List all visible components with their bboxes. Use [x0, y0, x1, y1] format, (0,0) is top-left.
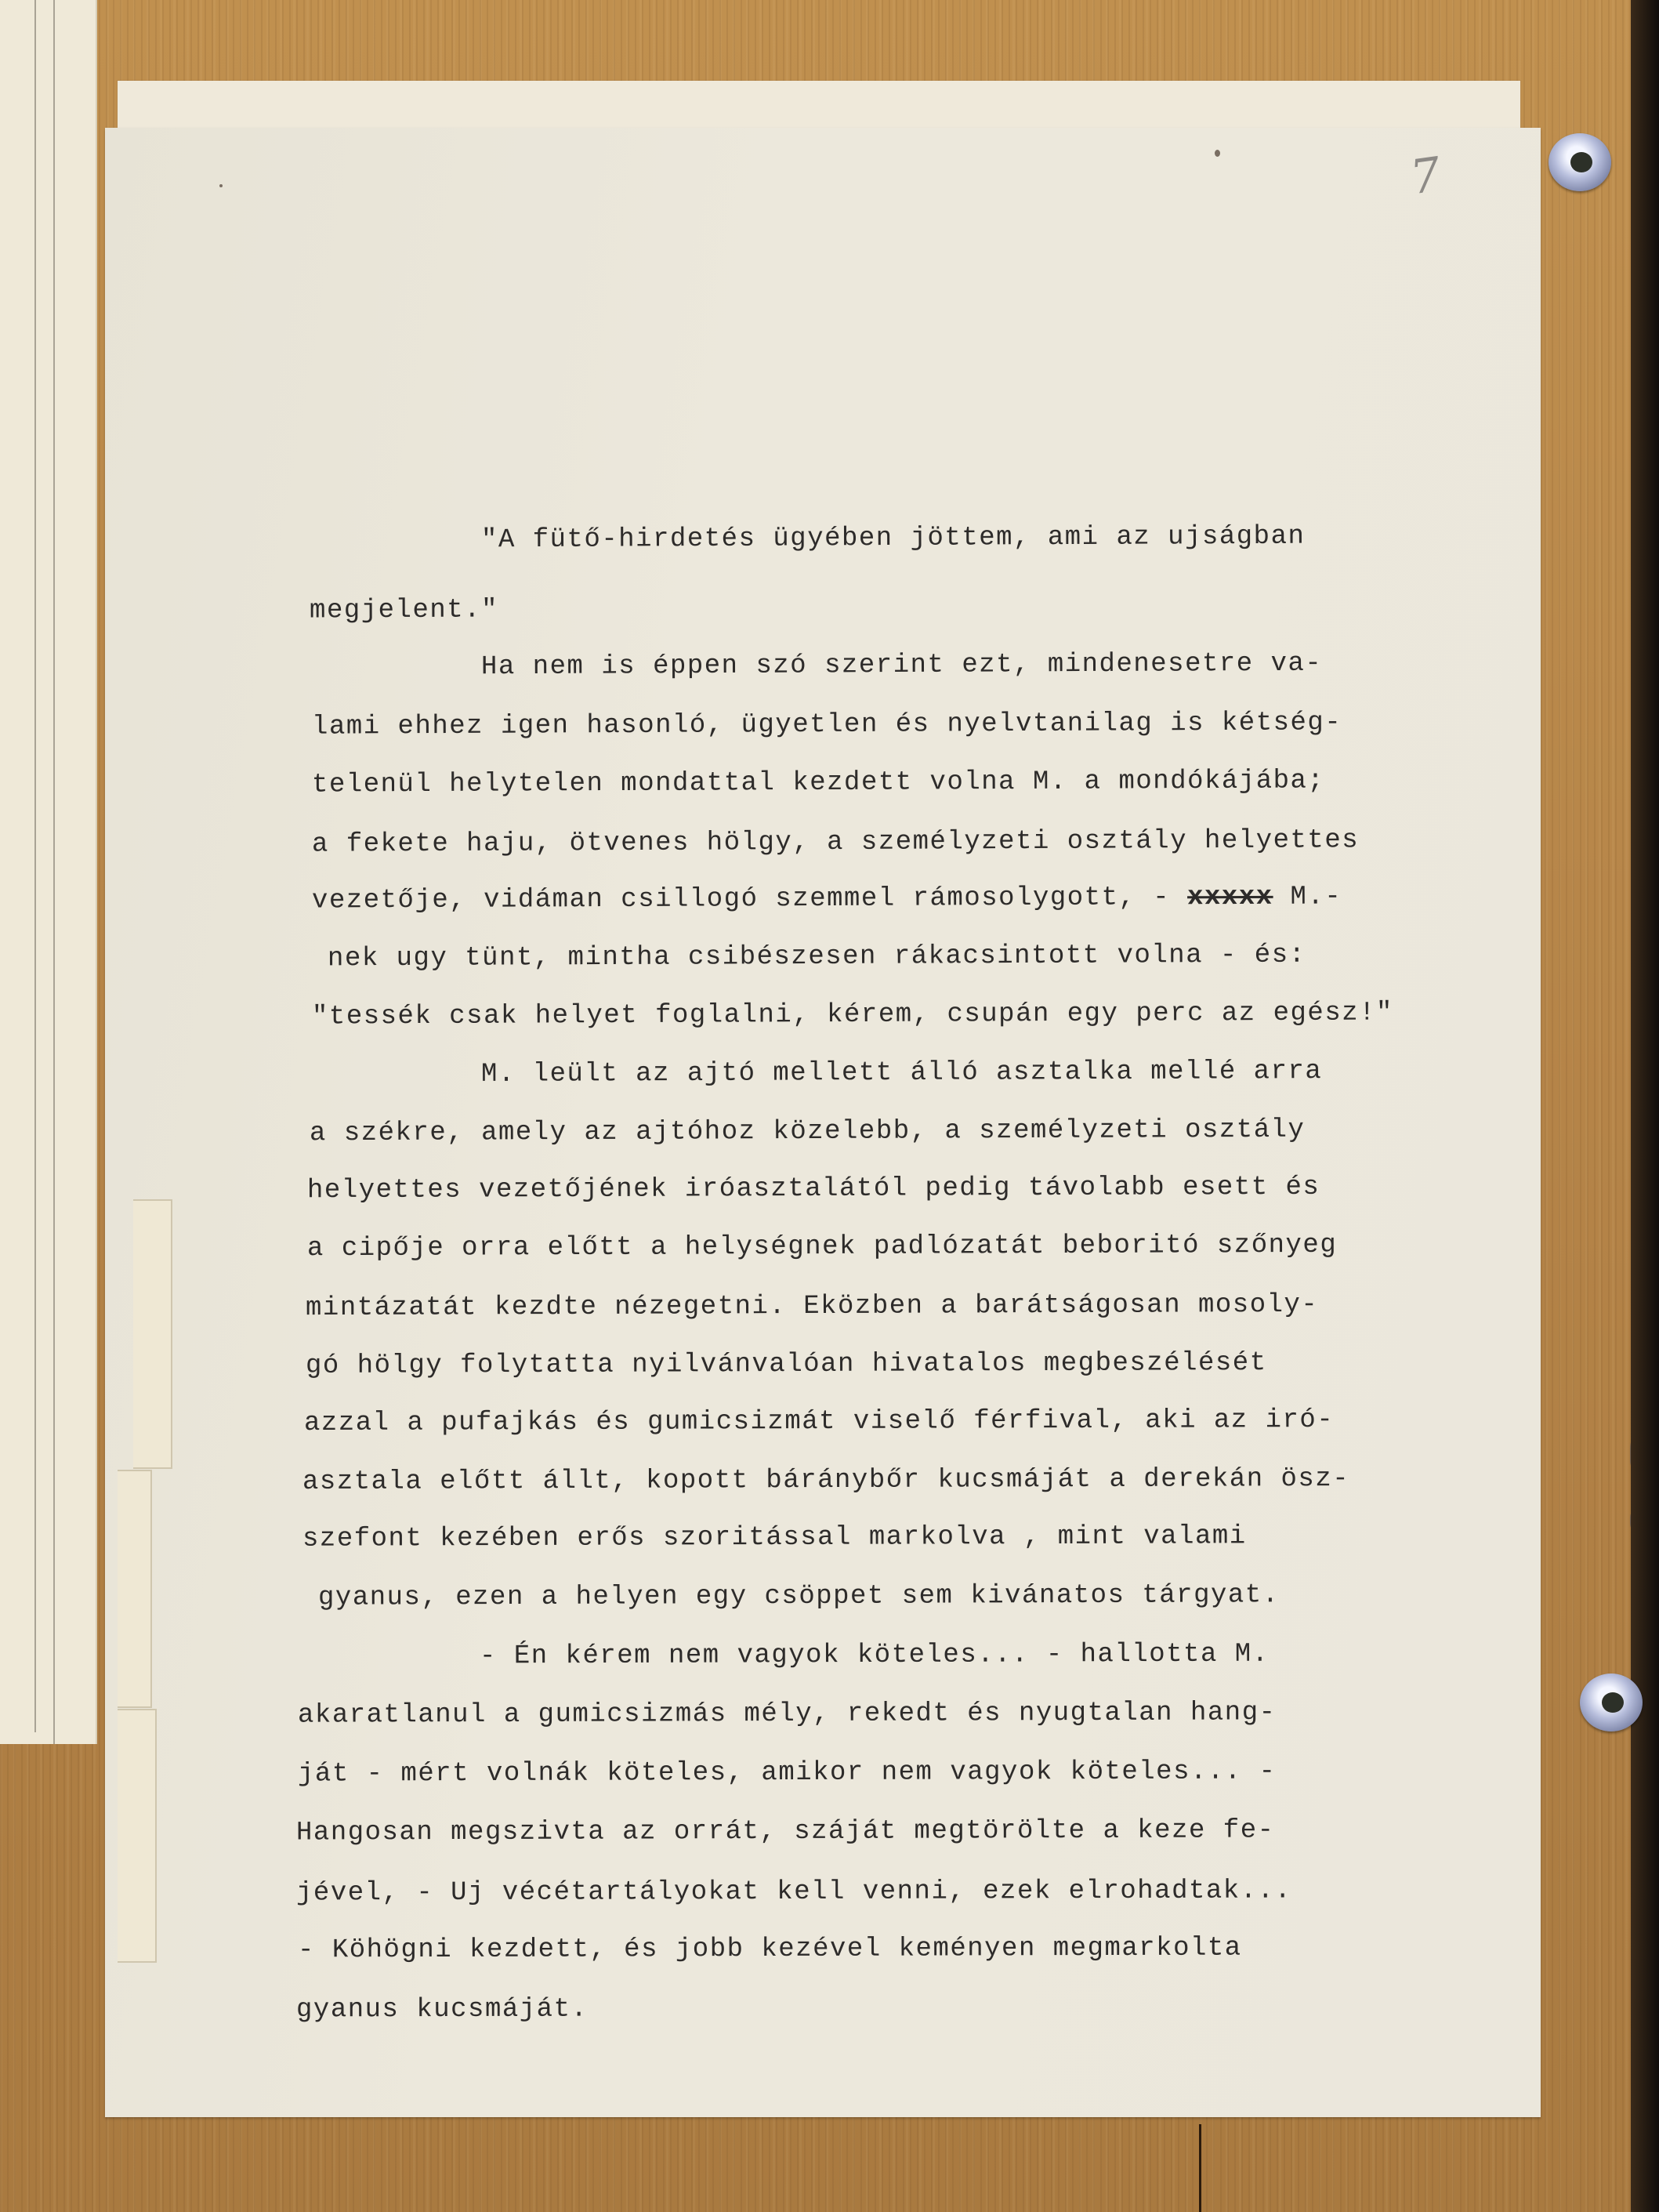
typed-line: gyanus kucsmáját.: [296, 1995, 588, 2025]
paper-speck: [219, 184, 223, 187]
typed-line: "A fütő-hirdetés ügyében jöttem, ami az …: [481, 522, 1306, 556]
margin-tab: [118, 1709, 157, 1963]
dark-background-edge: [1631, 0, 1659, 2212]
typed-line: "tessék csak helyet foglalni, kérem, csu…: [312, 998, 1393, 1032]
typed-line: a székre, amely az ajtóhoz közelebb, a s…: [310, 1115, 1306, 1148]
typed-line: M. leült az ajtó mellett álló asztalka m…: [481, 1057, 1322, 1090]
typed-line: - Én kérem nem vagyok köteles... - hallo…: [480, 1640, 1270, 1672]
board-grommet-top: [1549, 133, 1611, 191]
typed-line: gyanus, ezen a helyen egy csöppet sem ki…: [318, 1580, 1280, 1612]
struck-out-text: xxxxx: [1187, 883, 1273, 912]
board-grommet-bottom: [1580, 1674, 1643, 1732]
typed-line: a fekete haju, ötvenes hölgy, a személyz…: [312, 825, 1359, 859]
typed-line: helyettes vezetőjének iróasztalától pedi…: [307, 1173, 1320, 1206]
sheet-edge: [34, 0, 36, 1732]
typed-line: gó hölgy folytatta nyilvánvalóan hivatal…: [306, 1348, 1267, 1381]
typed-line: jével, - Uj vécétartályokat kell venni, …: [296, 1877, 1291, 1909]
typed-line: lami ehhez igen hasonló, ügyetlen és nye…: [312, 708, 1342, 742]
line-text: vezetője, vidáman csillogó szemmel rámos…: [312, 883, 1187, 916]
typed-line: Ha nem is éppen szó szerint ezt, mindene…: [481, 649, 1322, 682]
typed-line: azzal a pufajkás és gumicsizmát viselő f…: [304, 1405, 1334, 1438]
typed-line: nek ugy tünt, mintha csibészesen rákacsi…: [328, 941, 1306, 974]
typed-line: megjelent.": [310, 595, 498, 626]
margin-tab: [133, 1199, 172, 1469]
typed-line: a cipője orra előtt a helységnek padlóza…: [307, 1231, 1337, 1264]
typed-line: mintázatát kezdte nézegetni. Eközben a b…: [306, 1290, 1318, 1323]
typed-line: asztala előtt állt, kopott báránybőr kuc…: [302, 1464, 1349, 1497]
margin-tab: [118, 1470, 152, 1708]
typed-line: szefont kezében erős szoritással markolv…: [302, 1521, 1247, 1554]
board-crack: [1199, 2124, 1201, 2212]
typed-line: vezetője, vidáman csillogó szemmel rámos…: [312, 882, 1342, 916]
typed-line: - Köhögni kezdett, és jobb kezével kemén…: [298, 1934, 1242, 1966]
line-text: M.-: [1273, 882, 1342, 912]
typed-line: Hangosan megszivta az orrát, száját megt…: [296, 1815, 1275, 1848]
typed-line: akaratlanul a gumicsizmás mély, rekedt é…: [298, 1698, 1277, 1730]
typed-line: ját - mért volnák köteles, amikor nem va…: [298, 1757, 1277, 1789]
sheet-edge: [53, 0, 55, 1744]
left-paper-stack: [0, 0, 97, 1744]
typed-line: telenül helytelen mondattal kezdett voln…: [312, 766, 1324, 800]
paper-speck: [1215, 150, 1220, 157]
